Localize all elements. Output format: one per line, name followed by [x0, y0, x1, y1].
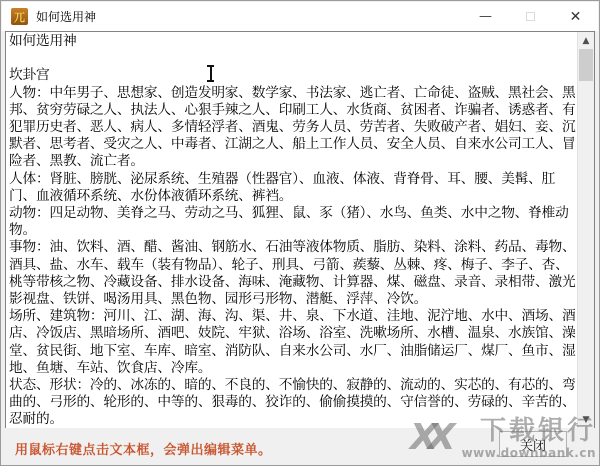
textarea-paragraph-title: 如何选用神 — [9, 33, 576, 50]
minimize-button[interactable]: — — [463, 2, 508, 31]
textarea-paragraph-people: 人物：中年男子、思想家、创造发明家、数学家、书法家、逃亡者、亡命徒、盗贼、黑社会… — [9, 85, 576, 171]
vertical-scrollbar[interactable]: ▲ ▼ — [577, 32, 594, 428]
reference-textbox[interactable]: 如何选用神 坎卦宫 人物：中年男子、思想家、创造发明家、数学家、书法家、逃亡者、… — [5, 31, 595, 429]
scroll-up-icon[interactable]: ▲ — [578, 32, 594, 49]
maximize-button: ☐ — [508, 2, 553, 31]
textarea-paragraph-states: 状态、形状：冷的、冰冻的、暗的、不良的、不愉快的、寂静的、流动的、实芯的、有芯的… — [9, 377, 576, 428]
textarea-paragraph-body: 人体：肾脏、膀胱、泌尿系统、生殖器（性器官）、血液、体液、背脊骨、耳、腰、美髯、… — [9, 171, 576, 205]
textarea-paragraph-things: 事物：油、饮料、酒、醋、酱油、钢筋水、石油等液体物质、脂肪、染料、涂料、药品、毒… — [9, 239, 576, 308]
textarea-paragraph-places: 场所、建筑物：河川、江、湖、海、沟、渠、井、泉、下水道、洼地、泥泞地、水中、酒场… — [9, 308, 576, 377]
close-dialog-button[interactable]: 关闭 — [499, 431, 567, 457]
window-title: 如何选用神 — [36, 8, 96, 25]
textarea-paragraph-blank — [9, 50, 576, 67]
window-controls: — ☐ ✕ — [463, 2, 598, 31]
titlebar: 兀 如何选用神 — ☐ ✕ — [2, 2, 598, 31]
scroll-down-icon[interactable]: ▼ — [578, 411, 594, 428]
dialog-window: 兀 如何选用神 — ☐ ✕ 如何选用神 坎卦宫 人物：中年男子、思想家、创造发明… — [0, 0, 600, 466]
app-icon: 兀 — [11, 8, 28, 25]
textbox-content: 如何选用神 坎卦宫 人物：中年男子、思想家、创造发明家、数学家、书法家、逃亡者、… — [6, 32, 577, 428]
textarea-paragraph-palace: 坎卦宫 — [9, 67, 576, 84]
footer-bar: 用鼠标右键点击文本框，会弹出编辑菜单。 关闭 — [2, 428, 598, 464]
textarea-paragraph-animals: 动物：四足动物、美脊之马、劳动之马、狐狸、鼠、豕（猪）、水鸟、鱼类、水中之物、脊… — [9, 205, 576, 239]
footer-hint-text: 用鼠标右键点击文本框，会弹出编辑菜单。 — [15, 439, 272, 458]
scrollbar-thumb[interactable] — [579, 49, 593, 81]
close-window-button[interactable]: ✕ — [553, 2, 598, 31]
